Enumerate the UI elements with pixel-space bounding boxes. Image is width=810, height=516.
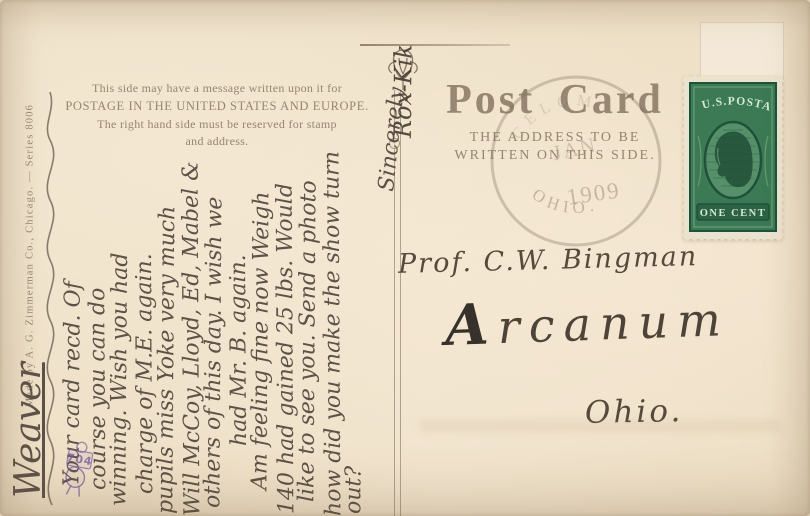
message-line: like to see you. Send a photo: [295, 0, 322, 516]
ink-smudge: [420, 420, 780, 432]
svg-text:OHIO.: OHIO.: [529, 185, 600, 218]
postcard-back: Made by A. G. Zimmerman Co., Chicago. — …: [0, 0, 810, 516]
message-line: pupils miss Yoke very much: [154, 0, 181, 516]
message-line: others of this day. I wish we: [201, 0, 228, 516]
address-note-line1: THE ADDRESS TO BE: [428, 130, 682, 146]
stamp-perforation: [684, 235, 782, 242]
postage-stamp: U.S.POSTAGE ONE CENT: [684, 77, 782, 239]
stamp-perforation: [681, 77, 688, 239]
address-city: Arcanum: [444, 283, 731, 359]
stamp-box-impression: [700, 22, 784, 80]
stamp-perforation: [684, 74, 782, 81]
stamp-bottom-label: ONE CENT: [700, 208, 767, 219]
postmark-state: OHIO.: [529, 185, 600, 218]
post-card-title: Post Card: [428, 76, 682, 124]
stamp-design: U.S.POSTAGE ONE CENT: [685, 78, 781, 236]
message-line: winning. Wish you had: [107, 0, 134, 516]
message-line: Am feeling fine now Weigh: [248, 0, 275, 516]
address-recipient: Prof. C.W. Bingman: [398, 241, 699, 280]
stamp-perforation: [778, 77, 785, 239]
message-signature: Rox-Kik: [389, 0, 416, 516]
postcard-heading: Post Card THE ADDRESS TO BE WRITTEN ON T…: [428, 76, 682, 164]
address-note-line2: WRITTEN ON THIS SIDE.: [428, 148, 682, 164]
postmark-year: 1909: [565, 177, 622, 209]
message-line: how did you make the show turn: [319, 0, 345, 516]
illegible-scrawl: [36, 40, 66, 510]
